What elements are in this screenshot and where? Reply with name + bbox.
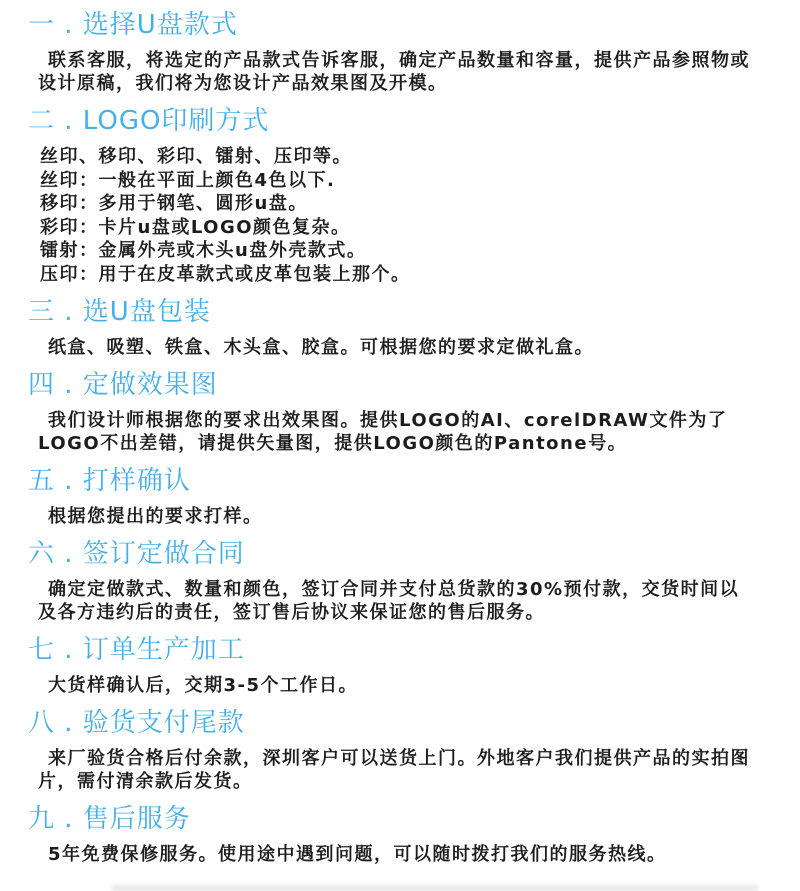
ordering-process-document: 一 . 选择U盘款式联系客服，将选定的产品款式告诉客服，确定产品数量和容量，提供… [0,0,800,891]
process-section: 九 . 售后服务5年免费保修服务。使用途中遇到问题，可以随时拨打我们的服务热线。 [28,804,770,866]
process-section: 六 . 签订定做合同确定定做款式、数量和颜色，签订合同并支付总货款的30%预付款… [28,539,770,624]
process-section: 七 . 订单生产加工大货样确认后，交期3-5个工作日。 [28,635,770,697]
section-heading: 八 . 验货支付尾款 [28,708,770,738]
process-section: 八 . 验货支付尾款来厂验货合格后付余款，深圳客户可以送货上门。外地客户我们提供… [28,708,770,793]
section-heading: 一 . 选择U盘款式 [28,10,770,40]
body-paragraph: 大货样确认后，交期3-5个工作日。 [38,674,752,697]
body-list-line: 压印：用于在皮革款式或皮革包装上那个。 [40,263,760,287]
section-heading: 五 . 打样确认 [28,466,770,496]
section-heading: 二 . LOGO印刷方式 [28,106,770,136]
section-heading: 三 . 选U盘包装 [28,297,770,327]
process-section: 五 . 打样确认根据您提出的要求打样。 [28,466,770,528]
process-section: 四 . 定做效果图我们设计师根据您的要求出效果图。提供LOGO的AI、corel… [28,370,770,455]
body-paragraph: 确定定做款式、数量和颜色，签订合同并支付总货款的30%预付款，交货时间以及各方违… [38,578,752,624]
body-list-line: 丝印：一般在平面上颜色4色以下. [40,169,760,193]
process-section: 三 . 选U盘包装纸盒、吸塑、铁盒、木头盒、胶盒。可根据您的要求定做礼盒。 [28,297,770,359]
section-heading: 九 . 售后服务 [28,804,770,834]
section-heading: 四 . 定做效果图 [28,370,770,400]
body-list-line: 丝印、移印、彩印、镭射、压印等。 [40,145,760,169]
body-paragraph: 5年免费保修服务。使用途中遇到问题，可以随时拨打我们的服务热线。 [38,843,752,866]
section-list: 一 . 选择U盘款式联系客服，将选定的产品款式告诉客服，确定产品数量和容量，提供… [28,10,770,866]
section-heading: 六 . 签订定做合同 [28,539,770,569]
section-heading: 七 . 订单生产加工 [28,635,770,665]
body-paragraph: 联系客服，将选定的产品款式告诉客服，确定产品数量和容量，提供产品参照物或设计原稿… [38,49,752,95]
body-list-line: 彩印：卡片u盘或LOGO颜色复杂。 [40,216,760,240]
body-paragraph: 来厂验货合格后付余款，深圳客户可以送货上门。外地客户我们提供产品的实拍图片，需付… [38,747,752,793]
process-section: 一 . 选择U盘款式联系客服，将选定的产品款式告诉客服，确定产品数量和容量，提供… [28,10,770,95]
cutoff-next-content-strip [112,885,758,891]
body-list-line: 镭射：金属外壳或木头u盘外壳款式。 [40,239,760,263]
body-paragraph: 根据您提出的要求打样。 [38,505,752,528]
body-list-line: 移印：多用于钢笔、圆形u盘。 [40,192,760,216]
body-paragraph: 我们设计师根据您的要求出效果图。提供LOGO的AI、corelDRAW文件为了L… [38,409,752,455]
process-section: 二 . LOGO印刷方式丝印、移印、彩印、镭射、压印等。丝印：一般在平面上颜色4… [28,106,770,286]
body-paragraph: 纸盒、吸塑、铁盒、木头盒、胶盒。可根据您的要求定做礼盒。 [38,336,752,359]
